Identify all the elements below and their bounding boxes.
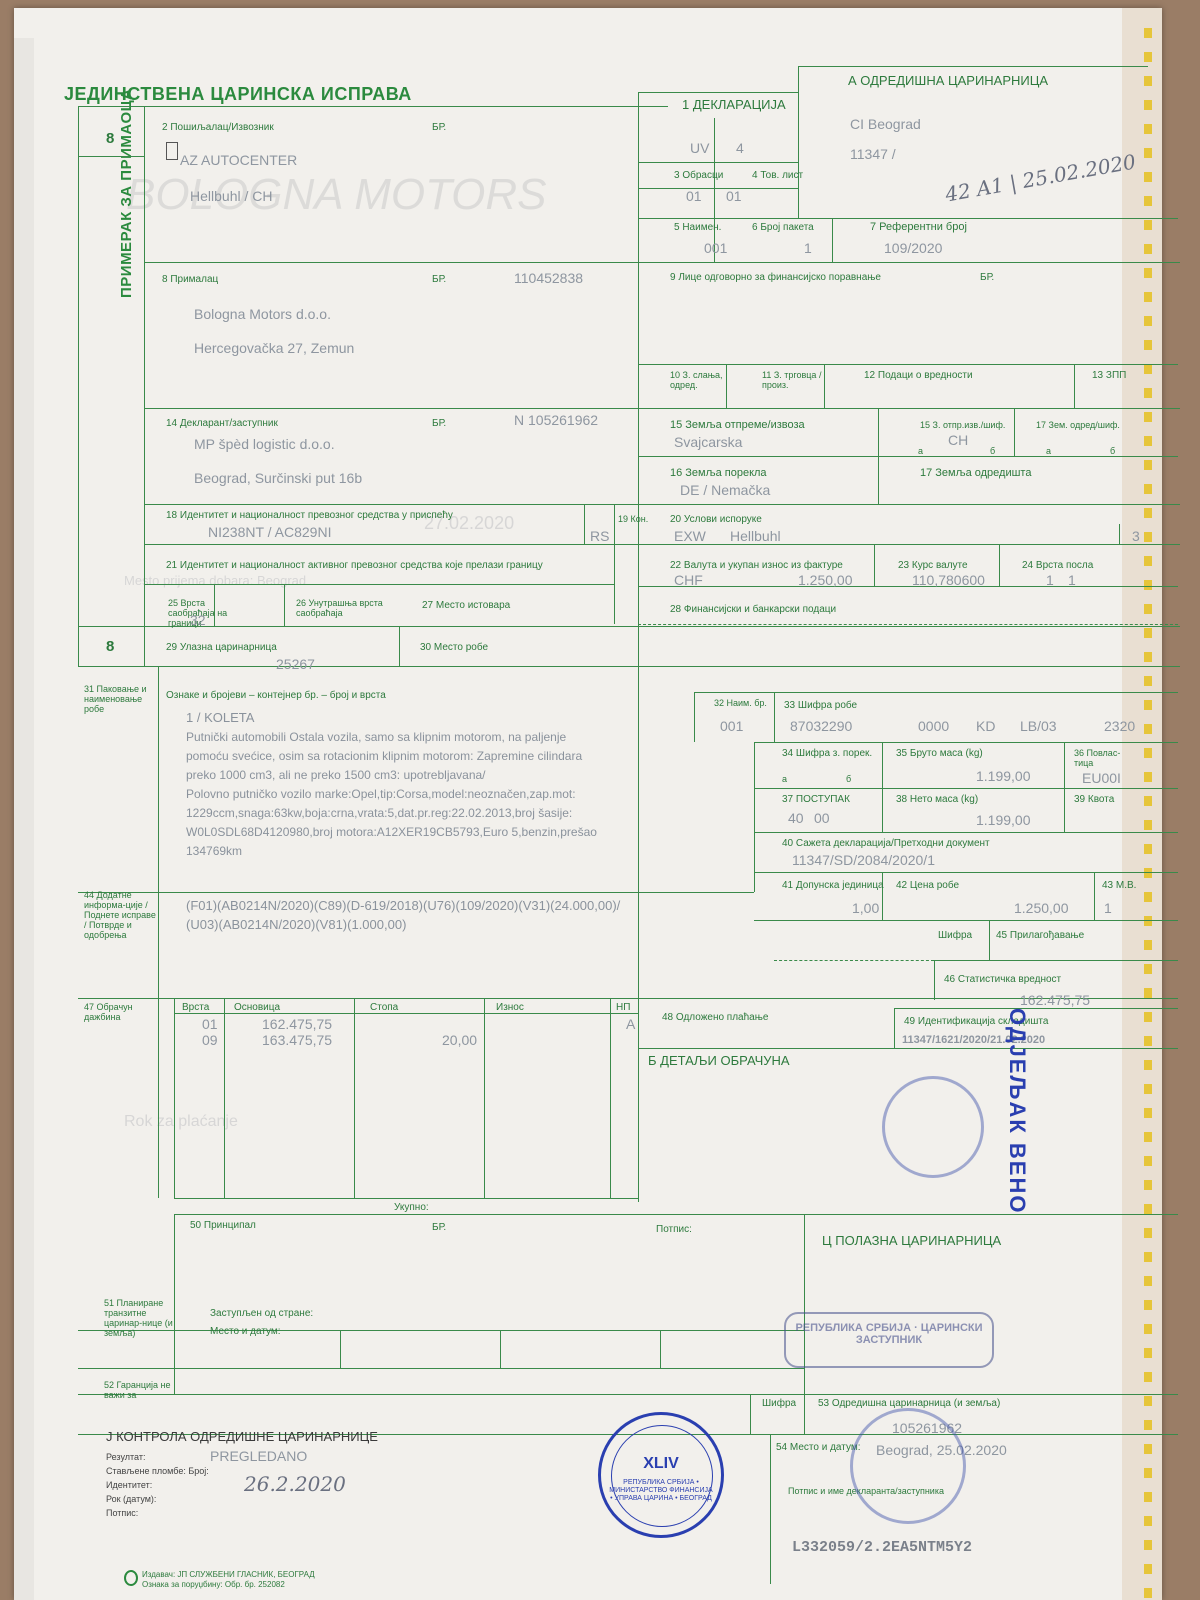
box31-label: 31 Паковање и наименовање робе [84,684,158,714]
box35-value: 1.199,00 [976,768,1031,784]
box22-label: 22 Валута и укупан износ из фактуре [670,560,843,571]
box13-label: 13 ЗПП [1092,370,1126,381]
box51-label: 51 Планиране транзитне царинар-нице (и з… [104,1298,174,1338]
box43-label: 43 М.В. [1102,880,1136,891]
feed-hole [1144,916,1152,926]
box29-value: 25267 [276,656,315,672]
box22-currency: CHF [674,572,703,588]
box29-label: 29 Улазна царинарница [166,642,277,653]
duty-cell-np: A [626,1016,635,1032]
box-a-code: 11347 / [850,146,896,162]
feed-hole [1144,340,1152,350]
box28-label: 28 Финансијски и банкарски подаци [670,604,836,615]
box-a-handwritten: 42 A1 | 25.02.2020 [943,149,1137,206]
box41-label: 41 Допунска јединица [782,880,884,891]
feed-hole [1144,436,1152,446]
duty-cell-base: 163.475,75 [262,1032,332,1048]
box47-label: 47 Обрачун дажбина [84,1002,158,1022]
box8-br: БР. [432,274,446,285]
feed-hole [1144,1276,1152,1286]
duty-cell-type: 09 [202,1032,218,1048]
feed-hole [1144,676,1152,686]
feed-hole [1144,868,1152,878]
box24-label: 24 Врста посла [1022,560,1093,571]
box3-v2: 01 [726,188,742,204]
description-line: preko 1000 cm3, ali ne preko 1500 cm3: u… [186,766,766,785]
box7-value: 109/2020 [884,240,942,256]
box50-sign: Потпис: [656,1224,692,1235]
box54-label: 54 Место и датум: [776,1442,861,1453]
feed-hole [1144,724,1152,734]
feed-hole [1144,196,1152,206]
feed-hole [1144,52,1152,62]
box50-represented: Заступљен од стране: [210,1308,313,1319]
box9-br: БР. [980,272,994,283]
feed-hole [1144,1444,1152,1454]
feed-hole [1144,844,1152,854]
feed-hole [1144,604,1152,614]
box12-label: 12 Подаци о вредности [864,370,973,381]
box19-label: 19 Кон. [618,514,648,525]
box15a-a: а [918,446,923,456]
box36-label: 36 Повлас-тица [1074,748,1134,768]
feed-hole [1144,748,1152,758]
box48-label: 48 Одложено плаћање [662,1012,768,1023]
feed-hole [1144,772,1152,782]
feed-hole [1144,1084,1152,1094]
feed-hole [1144,268,1152,278]
box15a-value: CH [948,432,968,448]
box44-info: (F01)(AB0214N/2020)(C89)(D-619/2018)(U76… [186,896,766,934]
box7-label: 7 Референтни број [870,222,967,233]
box14-name: MP špèd logistic d.o.o. [194,436,335,452]
duty-header: Врста [182,1002,209,1013]
feed-hole [1144,1492,1152,1502]
faint-stamp-top [882,1076,984,1178]
box8-name: Bologna Motors d.o.o. [194,306,331,322]
feed-hole [1144,580,1152,590]
box31-packages: 1 / KOLETA [186,708,254,727]
description-line: W0L0SDL68D4120980,broj motora:A12XER19CB… [186,823,766,842]
feed-hole [1144,556,1152,566]
publisher-logo-icon [124,1570,138,1586]
box35-label: 35 Бруто маса (kg) [896,748,983,759]
feed-hole [1144,1468,1152,1478]
box43-value: 1 [1104,900,1112,916]
box36-value: EU00I [1082,770,1121,786]
box1-v1: UV [690,140,709,156]
box30-label: 30 Место робе [420,642,488,653]
box-j-result: PREGLEDANO [210,1448,307,1464]
box18-label: 18 Идентитет и националност превозног ср… [166,510,453,521]
duty-cell-type: 01 [202,1016,218,1032]
feed-hole [1144,1420,1152,1430]
box50-label: 50 Принципал [190,1220,256,1231]
feed-hole [1144,796,1152,806]
duty-header: НП [616,1002,630,1013]
feed-hole [1144,700,1152,710]
description-line: pomoću svećice, osim sa rotacionim klipn… [186,747,766,766]
checkbox-icon [166,142,178,160]
description-line: 1229ccm,snaga:63kw,boja:crna,vrata:5,dat… [186,804,766,823]
box54-barcode-text: L332059/2.2EA5NTM5Y2 [792,1540,972,1556]
feed-hole [1144,1108,1152,1118]
box20-label: 20 Услови испоруке [670,514,762,525]
duty-header: Износ [496,1002,524,1013]
box34-a: а [782,774,787,784]
feed-hole [1144,940,1152,950]
box27-label: 27 Место истовара [422,600,510,611]
box15a-b: б [990,446,995,456]
feed-hole [1144,1036,1152,1046]
feed-hole [1144,1516,1152,1526]
feed-hole [1144,1012,1152,1022]
box37-v1: 40 [788,810,804,826]
box33-c4: LB/03 [1020,718,1057,734]
box24-v2: 1 [1068,572,1076,588]
customs-stamp-text: РЕПУБЛИКА СРБИЈА • МИНИСТАРСТВО ФИНАНСИЈ… [609,1479,713,1503]
feed-hole [1144,292,1152,302]
box-c-label: Ц ПОЛАЗНА ЦАРИНАРНИЦА [822,1234,1001,1248]
box5-label: 5 Наимен. [674,222,721,233]
box20-place: Hellbuhl [730,528,781,544]
control-row-label: Стављене пломбе: Број: [106,1466,209,1476]
box-b-label: Б ДЕТАЉИ ОБРАЧУНА [648,1054,790,1068]
box14-br-value: N 105261962 [514,412,598,428]
feed-hole [1144,820,1152,830]
faint-stamp-bottom [850,1408,966,1524]
box38-value: 1.199,00 [976,812,1031,828]
feed-hole [1144,892,1152,902]
box41-value: 1,00 [852,900,879,916]
feed-hole [1144,1564,1152,1574]
customs-stamp-center: XLIV [601,1455,721,1473]
feed-hole [1144,484,1152,494]
box-j-label: Ј КОНТРОЛА ОДРЕДИШНЕ ЦАРИНАРНИЦЕ [106,1430,378,1444]
box18-value: NI238NT / AC829NI [208,524,331,540]
box6-label: 6 Број пакета [752,222,814,233]
box16-value: DE / Nemačka [680,482,770,498]
box15-label: 15 Земља отпреме/извоза [670,420,805,431]
duty-cell-base: 162.475,75 [262,1016,332,1032]
box8-address: Hercegovačka 27, Zemun [194,340,354,356]
box11-label: 11 З. трговца /произ. [762,370,826,390]
feed-hole [1144,1540,1152,1550]
feed-hole [1144,124,1152,134]
box1-label: 1 ДЕКЛАРАЦИЈА [682,98,786,112]
feed-hole [1144,1372,1152,1382]
box22-amount: 1.250,00 [798,572,853,588]
footer-line2: Ознака за поруџбину: Обр. бр. 252082 [142,1580,285,1589]
box31-sub-label: Ознаке и бројеви – контејнер бр. – број … [166,690,386,701]
box37-label: 37 ПОСТУПАК [782,794,850,805]
box9-label: 9 Лице одговорно за финансијско поравнањ… [670,272,881,283]
box-j-seal-date: 26.2.2020 [244,1472,346,1496]
box6-value: 1 [804,240,812,256]
description-line: Polovno putničko vozilo marke:Opel,tip:C… [186,785,766,804]
underlying-sheet [14,38,34,1600]
info-line: (U03)(AB0214N/2020)(V81)(1.000,00) [186,915,766,934]
feed-hole [1144,412,1152,422]
description-line: Putnički automobili Ostala vozila, samo … [186,728,766,747]
box44-label: 44 Додатне информа-ције / Поднете исправ… [84,890,158,940]
box34-label: 34 Шифра з. порек. [782,748,872,759]
box3-v1: 01 [686,188,702,204]
box47-total-label: Укупно: [394,1202,429,1213]
vertical-stamp: ОДЈЕЉАК ВЕНО [1004,1008,1030,1214]
box18-country: RS [590,528,609,544]
feed-hole [1144,1396,1152,1406]
feed-hole [1144,508,1152,518]
feed-hole [1144,100,1152,110]
feed-hole [1144,76,1152,86]
box44-sifra: Шифра [938,930,972,941]
box20-code: EXW [674,528,706,544]
info-line: (F01)(AB0214N/2020)(C89)(D-619/2018)(U76… [186,896,766,915]
box33-c5: 2320 [1104,718,1135,734]
control-row-label: Потпис: [106,1508,138,1518]
box52-sifra: Шифра [762,1398,796,1409]
box21-label: 21 Идентитет и националност активног пре… [166,560,543,571]
box14-label: 14 Декларант/заступник [166,418,278,429]
box50-br: БР. [432,1222,446,1233]
box1-v2: 4 [736,140,744,156]
box39-label: 39 Квота [1074,794,1114,805]
box23-label: 23 Курс валуте [898,560,968,571]
box45-label: 45 Прилагођавање [996,930,1084,941]
duty-header: Стопа [370,1002,398,1013]
feed-hole [1144,1252,1152,1262]
feed-hole [1144,316,1152,326]
box33-c2: 0000 [918,718,949,734]
feed-hole [1144,28,1152,38]
box34-b: б [846,774,851,784]
feed-hole [1144,964,1152,974]
control-row-label: Рок (датум): [106,1494,156,1504]
feed-hole [1144,364,1152,374]
box8-label: 8 Прималац [162,274,218,285]
description-line: 134769km [186,842,766,861]
feed-hole [1144,1324,1152,1334]
box33-code: 87032290 [790,718,852,734]
box-a-office: CI Beograd [850,116,921,132]
box37-v2: 00 [814,810,830,826]
control-row-label: Резултат: [106,1452,145,1462]
box38-label: 38 Нето маса (kg) [896,794,978,805]
box2-name: AZ AUTOCENTER [180,152,297,168]
box40-label: 40 Сажета декларација/Претходни документ [782,838,990,849]
box17a-b: б [1110,446,1115,456]
box52-label: 52 Гаранција не важи за [104,1380,184,1400]
box3-label: 3 Обрасци [674,170,723,181]
tractor-feed-strip [1122,8,1162,1600]
box33-c3: KD [976,718,995,734]
box17a-label: 17 Зем. одред/шиф. [1036,420,1120,430]
box33-label: 33 Шифра робе [784,700,857,711]
feed-hole [1144,1132,1152,1142]
box46-value: 162.475,75 [1020,992,1090,1008]
box14-address: Beograd, Surčinski put 16b [194,470,362,486]
copy-label-vertical: ПРИМЕРАК ЗА ПРИМАОЦА [118,89,135,298]
ghost-line1: Mesto prijema dobara: Beograd [124,573,306,588]
feed-hole [1144,1588,1152,1598]
form-title: ЈЕДИНСТВЕНА ЦАРИНСКА ИСПРАВА [64,84,412,105]
box32-label: 32 Наим. бр. [714,698,770,708]
feed-hole [1144,244,1152,254]
box23-value: 110,780600 [912,572,985,588]
box42-label: 42 Цена робе [896,880,959,891]
control-row-label: Идентитет: [106,1480,152,1490]
box26-label: 26 Унутрашња врста саобраћаја [296,598,406,618]
box40-value: 11347/SD/2084/2020/1 [792,852,935,868]
feed-hole [1144,1156,1152,1166]
copy-number: 8 [106,130,114,147]
box24-v1: 1 [1046,572,1054,588]
box4-label: 4 Тов. лист [752,170,803,181]
box14-br: БР. [432,418,446,429]
ghost-line2: Rok za plaćanje [124,1113,238,1131]
feed-hole [1144,1204,1152,1214]
feed-hole [1144,988,1152,998]
duty-header: Основица [234,1002,280,1013]
box15-value: Svajcarska [674,434,742,450]
feed-hole [1144,1228,1152,1238]
feed-hole [1144,652,1152,662]
box42-value: 1.250,00 [1014,900,1069,916]
box2-br: БР. [432,122,446,133]
customs-declaration-sheet: BOLOGNA MOTORS 27.02.2020 Mesto prijema … [14,8,1162,1600]
feed-hole [1144,172,1152,182]
box2-label: 2 Пошиљалац/Извозник [162,122,274,133]
feed-hole [1144,460,1152,470]
feed-hole [1144,388,1152,398]
box10-label: 10 З. слања, одред. [670,370,726,390]
box-a-label: А ОДРЕДИШНА ЦАРИНАРНИЦА [848,74,1048,88]
box17-label: 17 Земља одредишта [920,468,1031,479]
box50-place-date: Место и датум: [210,1326,281,1337]
copy-number-lower: 8 [106,638,114,655]
box20-extra: 3 [1132,528,1140,544]
customs-stamp: XLIV РЕПУБЛИКА СРБИЈА • МИНИСТАРСТВО ФИН… [598,1412,724,1538]
feed-hole [1144,532,1152,542]
box17a-a: а [1046,446,1051,456]
feed-hole [1144,1060,1152,1070]
box46-label: 46 Статистичка вредност [944,974,1061,985]
duty-cell-rate: 20,00 [442,1032,477,1048]
box5-value: 001 [704,240,727,256]
box25-value: 32 [190,612,206,628]
representative-stamp: РЕПУБЛИКА СРБИЈА · ЦАРИНСКИ ЗАСТУПНИК [784,1312,994,1368]
box8-br-value: 110452838 [514,270,583,286]
footer-line1: Издавач: ЈП СЛУЖБЕНИ ГЛАСНИК, БЕОГРАД [142,1570,315,1579]
feed-hole [1144,628,1152,638]
box2-address: Hellbuhl / CH [190,188,272,204]
feed-hole [1144,1300,1152,1310]
feed-hole [1144,1348,1152,1358]
box31-description: Putnički automobili Ostala vozila, samo … [186,728,766,861]
feed-hole [1144,1180,1152,1190]
feed-hole [1144,148,1152,158]
feed-hole [1144,220,1152,230]
box32-value: 001 [720,718,743,734]
box15a-label: 15 З. отпр.изв./шиф. [920,420,1005,430]
box16-label: 16 Земља порекла [670,468,767,479]
